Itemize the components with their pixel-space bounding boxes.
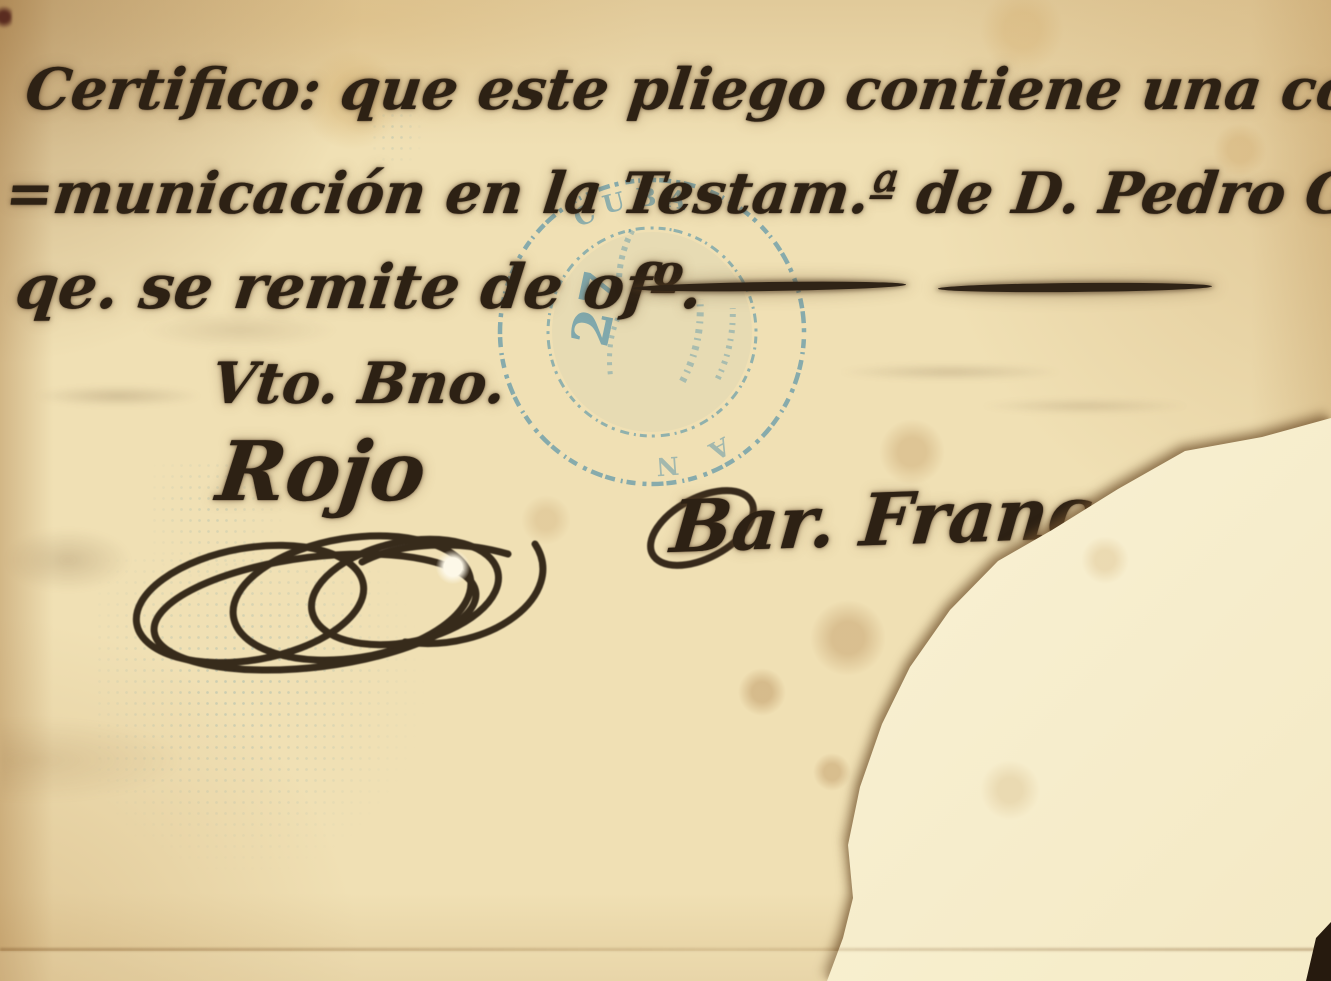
- signature-right: Bar. Franco: [667, 468, 1144, 569]
- signature-rubric-flourish: [100, 492, 570, 687]
- manuscript-line-2: =municación en la Testam.ª de D. Pedro G…: [2, 160, 1331, 227]
- approval-vto-bno: Vto. Bno.: [208, 350, 510, 417]
- ink-rule-dash-2: [938, 282, 1212, 293]
- fold-edge-strip: [0, 951, 1331, 981]
- scanned-letter-page: CUBA A N 27 Certifico: que este pliego c…: [0, 0, 1331, 981]
- manuscript-line-1: Certifico: que este pliego contiene una …: [22, 56, 1331, 123]
- corner-ink-spot: [0, 4, 12, 30]
- paper-chip-hole: [436, 550, 470, 584]
- manuscript-line-3: qe. se remite de ofº.: [12, 252, 707, 323]
